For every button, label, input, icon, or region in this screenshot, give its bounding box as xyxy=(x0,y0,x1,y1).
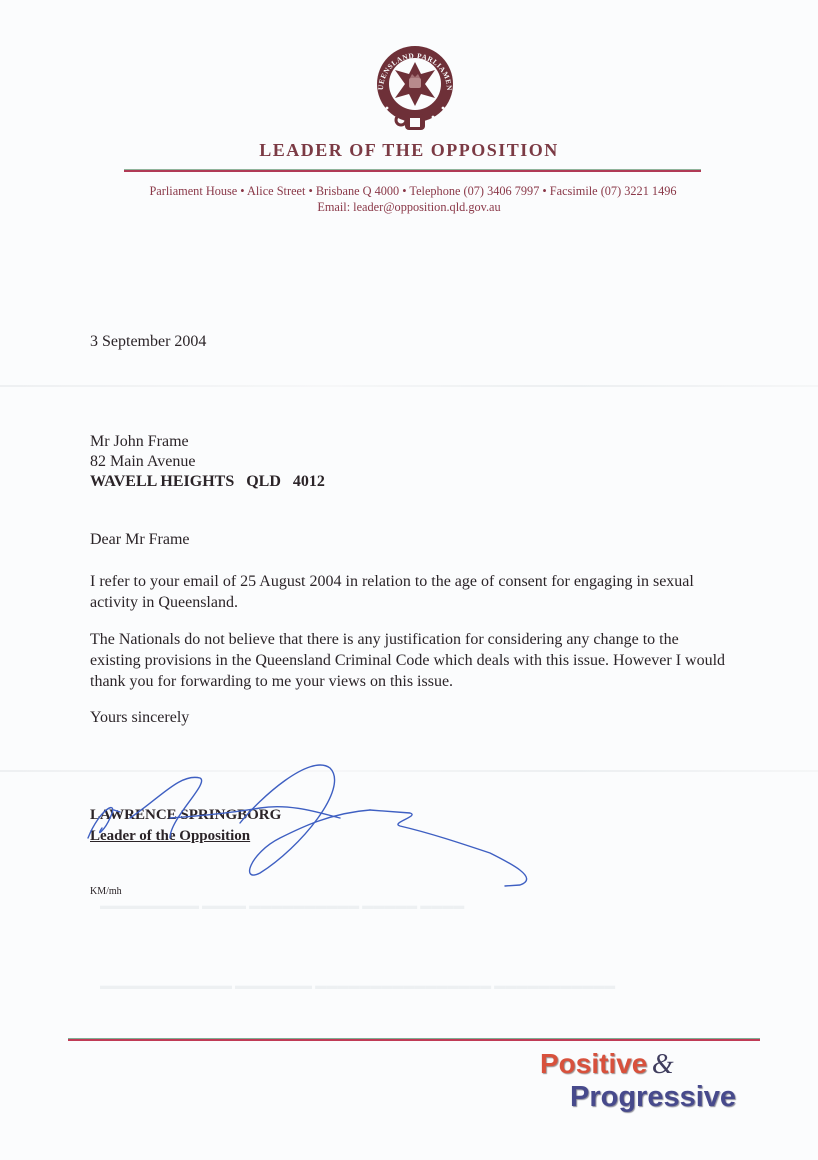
letterhead-rule xyxy=(124,169,701,172)
handwritten-signature-icon xyxy=(80,758,550,898)
reference-initials: KM/mh xyxy=(90,886,122,897)
recipient-street: 82 Main Avenue xyxy=(90,451,195,472)
footer-rule xyxy=(68,1038,760,1041)
slogan-progressive: Progressive xyxy=(540,1083,736,1111)
recipient-locality: WAVELL HEIGHTS QLD 4012 xyxy=(90,471,325,492)
body-paragraph: I refer to your email of 25 August 2004 … xyxy=(90,571,740,613)
slogan-ampersand: & xyxy=(652,1049,674,1080)
body-paragraph: The Nationals do not believe that there … xyxy=(90,629,730,692)
letter-date: 3 September 2004 xyxy=(90,331,206,352)
letterhead-title: LEADER OF THE OPPOSITION xyxy=(0,140,818,161)
slogan-positive: Positive xyxy=(540,1048,647,1079)
closing: Yours sincerely xyxy=(90,707,189,728)
bleed-through-text: ▬▬▬▬▬▬▬▬▬▬▬▬ ▬▬▬▬▬▬▬ ▬▬▬▬▬▬▬▬▬▬▬▬▬▬▬▬ ▬▬… xyxy=(100,980,615,992)
salutation: Dear Mr Frame xyxy=(90,529,190,550)
slogan-logo: Positive & Progressive xyxy=(540,1050,736,1111)
queensland-parliament-crest-icon: QUEENSLAND PARLIAMENT xyxy=(363,44,467,136)
letterhead-contact: Parliament House • Alice Street • Brisba… xyxy=(4,184,818,199)
bleed-through-text: ▬▬▬▬▬▬▬▬▬ ▬▬▬▬ ▬▬▬▬▬▬▬▬▬▬ ▬▬▬▬▬ ▬▬▬▬ xyxy=(100,900,464,912)
letterhead-email: Email: leader@opposition.qld.gov.au xyxy=(0,200,818,215)
recipient-name: Mr John Frame xyxy=(90,431,189,452)
paper-fold xyxy=(0,385,818,387)
